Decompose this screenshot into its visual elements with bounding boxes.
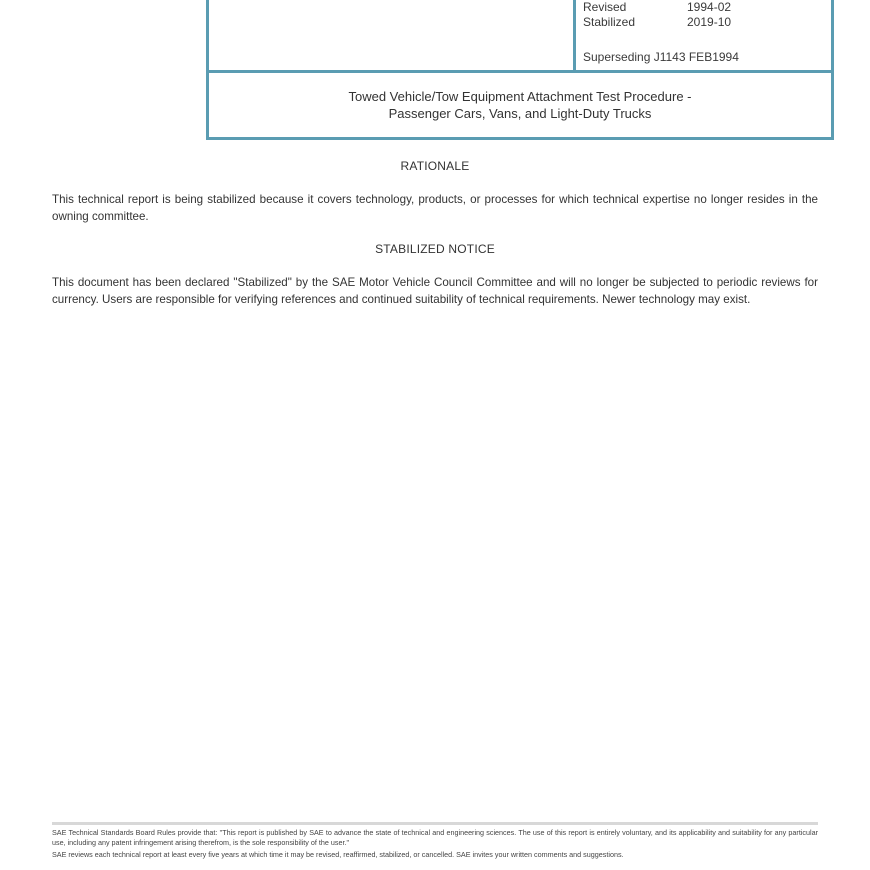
footer-paragraph-rules: SAE Technical Standards Board Rules prov… <box>52 828 818 847</box>
stabilized-label: Stabilized <box>583 15 687 29</box>
stabilized-value: 2019-10 <box>687 15 731 29</box>
rationale-heading: RATIONALE <box>0 159 870 173</box>
revised-label: Revised <box>583 0 687 14</box>
footer-divider <box>52 822 818 825</box>
header-top-row: Revised1994-02 Stabilized2019-10 Superse… <box>209 0 831 73</box>
stabilized-row: Stabilized2019-10 <box>583 15 731 29</box>
revised-value: 1994-02 <box>687 0 731 14</box>
stabilized-notice-text: This document has been declared "Stabili… <box>52 274 818 308</box>
document-title-line1: Towed Vehicle/Tow Equipment Attachment T… <box>209 88 831 105</box>
footer-legal: SAE Technical Standards Board Rules prov… <box>52 828 818 863</box>
header-meta-cell: Revised1994-02 Stabilized2019-10 Superse… <box>576 0 831 70</box>
document-title: Towed Vehicle/Tow Equipment Attachment T… <box>209 88 831 122</box>
document-title-line2: Passenger Cars, Vans, and Light-Duty Tru… <box>209 105 831 122</box>
revised-row: Revised1994-02 <box>583 0 731 14</box>
rationale-text: This technical report is being stabilize… <box>52 191 818 225</box>
footer-paragraph-review: SAE reviews each technical report at lea… <box>52 850 818 860</box>
superseding-text: Superseding J1143 FEB1994 <box>583 50 739 64</box>
stabilized-notice-heading: STABILIZED NOTICE <box>0 242 870 256</box>
header-logo-cell <box>209 0 576 70</box>
document-header-box: Revised1994-02 Stabilized2019-10 Superse… <box>206 0 834 140</box>
